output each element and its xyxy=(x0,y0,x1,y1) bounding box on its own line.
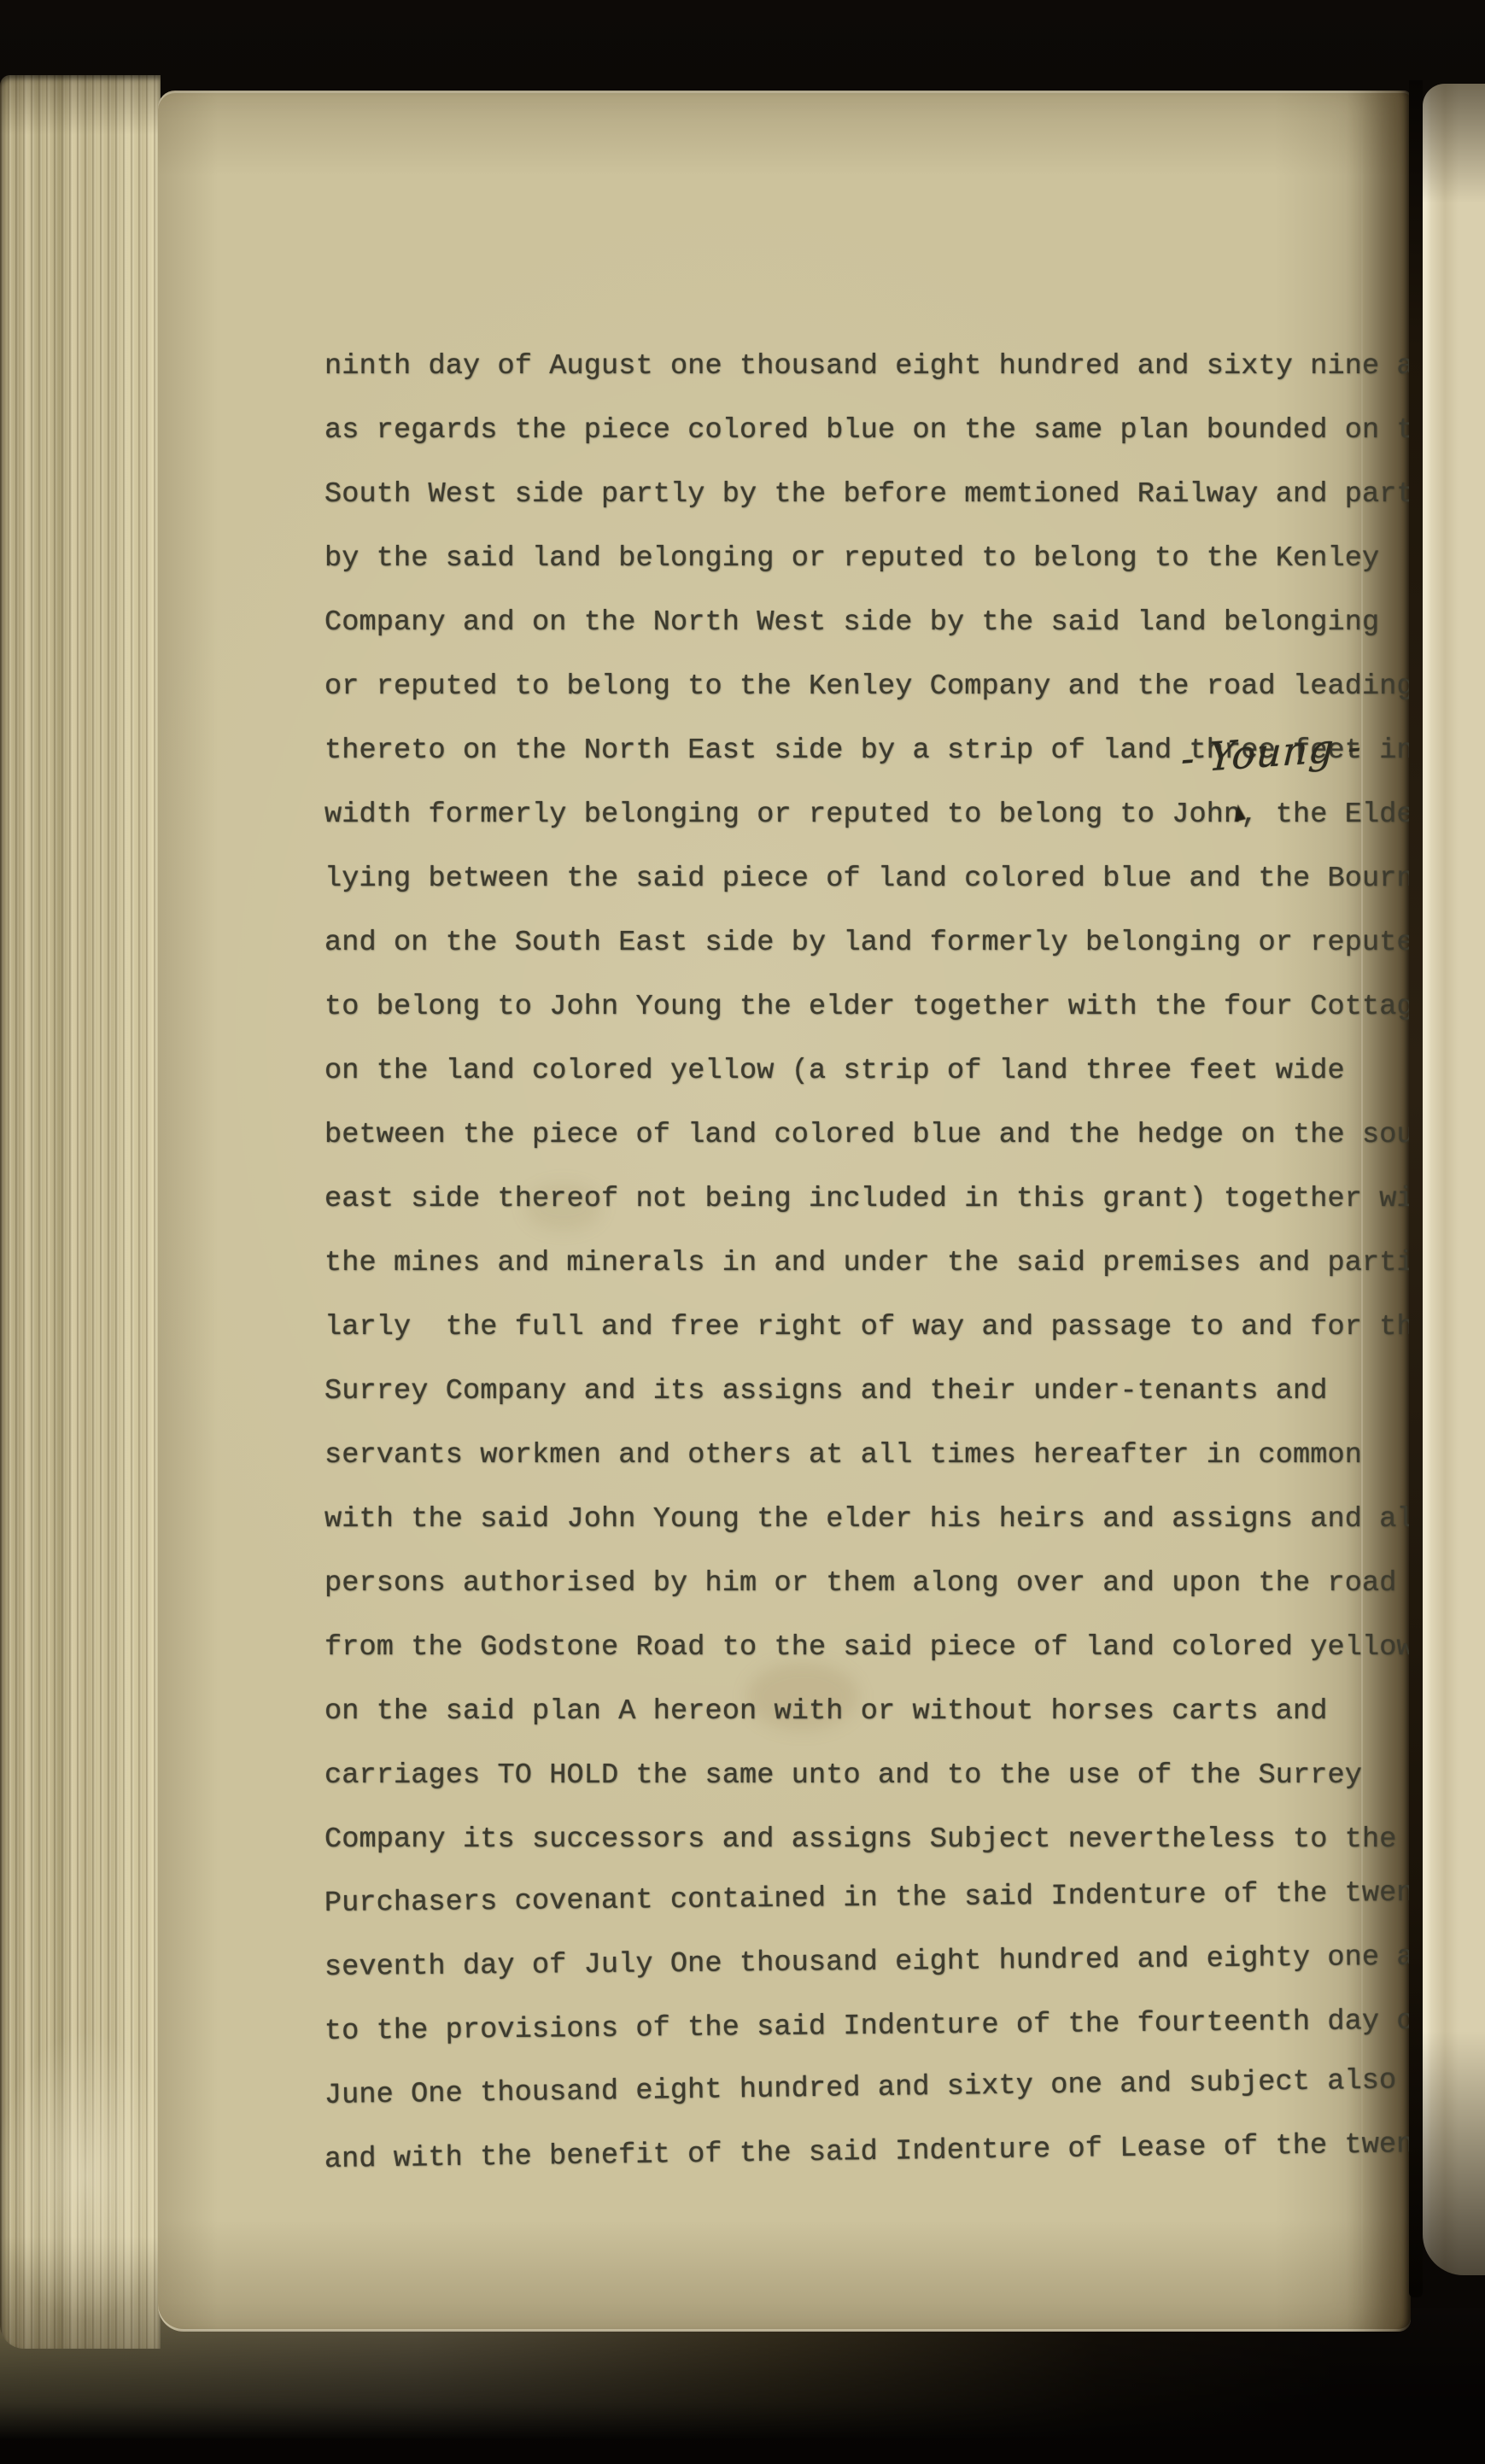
typed-line: persons authorised by him or them along … xyxy=(324,1552,1411,1616)
typed-line: and on the South East side by land forme… xyxy=(324,911,1411,975)
typed-line: on the land colored yellow (a strip of l… xyxy=(324,1039,1411,1103)
typed-line: the mines and minerals in and under the … xyxy=(324,1232,1411,1296)
typed-text-block: ninth day of August one thousand eight h… xyxy=(324,335,1411,2192)
typed-line: larly the full and free right of way and… xyxy=(324,1296,1411,1360)
typed-line: Surrey Company and its assigns and their… xyxy=(324,1360,1411,1424)
typed-line: carriages TO HOLD the same unto and to t… xyxy=(324,1744,1411,1808)
typed-line: servants workmen and others at all times… xyxy=(324,1424,1411,1488)
typed-line: with the said John Young the elder his h… xyxy=(324,1488,1411,1552)
typed-line: Company and on the North West side by th… xyxy=(324,591,1411,655)
typed-line: from the Godstone Road to the said piece… xyxy=(324,1616,1411,1680)
typed-line: east side thereof not being included in … xyxy=(324,1168,1411,1232)
book-scan-photo: ninth day of August one thousand eight h… xyxy=(0,0,1485,2464)
facing-page-edge xyxy=(1423,84,1485,2275)
typed-line: between the piece of land colored blue a… xyxy=(324,1103,1411,1168)
typed-line: or reputed to belong to the Kenley Compa… xyxy=(324,655,1411,719)
typed-line: ninth day of August one thousand eight h… xyxy=(324,335,1411,399)
typed-line: on the said plan A hereon with or withou… xyxy=(324,1680,1411,1744)
typed-line: lying between the said piece of land col… xyxy=(324,847,1411,911)
typed-line: width formerly belonging or reputed to b… xyxy=(324,783,1411,847)
typed-line: Purchasers covenant contained in the sai… xyxy=(324,1861,1411,1936)
typed-line: seventh day of July One thousand eight h… xyxy=(324,1925,1411,2000)
typed-line: by the said land belonging or reputed to… xyxy=(324,527,1411,591)
document-page: ninth day of August one thousand eight h… xyxy=(158,91,1411,2332)
typed-line: to belong to John Young the elder togeth… xyxy=(324,975,1411,1039)
book-gutter xyxy=(1409,80,1423,2297)
typed-line: South West side partly by the before mem… xyxy=(324,463,1411,527)
typed-line: as regards the piece colored blue on the… xyxy=(324,399,1411,463)
page-edges-stack xyxy=(0,75,161,2349)
